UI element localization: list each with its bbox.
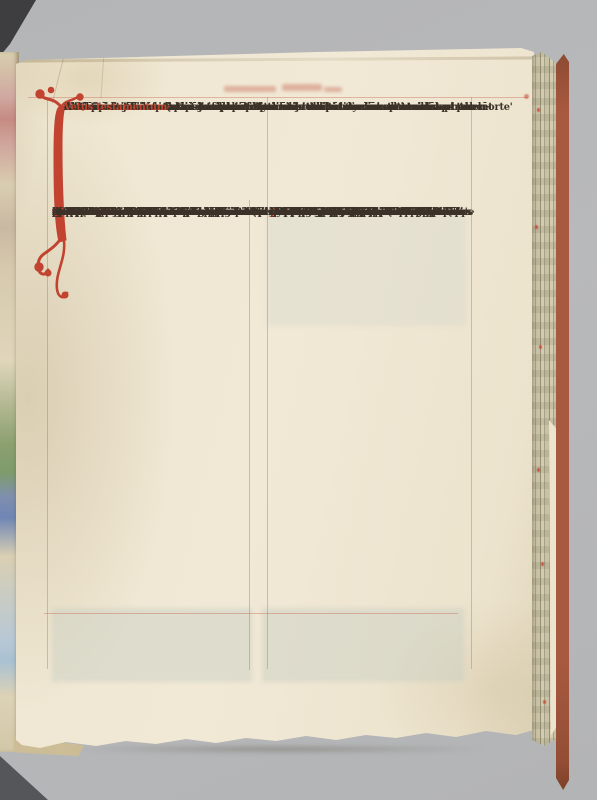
fore-edge-red-speck (537, 468, 540, 472)
ruling-line-gutter-right (267, 97, 268, 669)
showthrough-right (262, 608, 464, 682)
fore-edge-red-speck (539, 345, 542, 349)
top-left-shadow-wedge (0, 0, 40, 58)
showthrough-upper (266, 208, 466, 326)
fore-edge-red-speck (543, 700, 546, 704)
page-top-edge (16, 56, 534, 62)
fore-edge-red-speck (541, 562, 544, 566)
illuminated-initial-I: I (34, 84, 88, 312)
bottom-left-shadow-wedge (0, 754, 48, 800)
ruling-line-top (28, 97, 528, 98)
red-ink-speck (524, 94, 529, 99)
ruling-line-bottom (44, 613, 458, 614)
ruling-line-right (471, 97, 472, 669)
manuscript-photo: I ohis· xi· scribr'· Qd' iudei cōspiraui… (0, 0, 597, 800)
fore-edge-red-speck (537, 108, 540, 112)
page-bottom-shadow (14, 746, 542, 756)
ruling-line-gutter-left (249, 200, 250, 670)
book-cover-edge (556, 54, 569, 790)
fore-edge-red-speck (535, 225, 538, 229)
offset-rubric-stain (224, 80, 344, 96)
showthrough-left (52, 608, 252, 682)
manuscript-page: I ohis· xi· scribr'· Qd' iudei cōspiraui… (16, 48, 534, 752)
